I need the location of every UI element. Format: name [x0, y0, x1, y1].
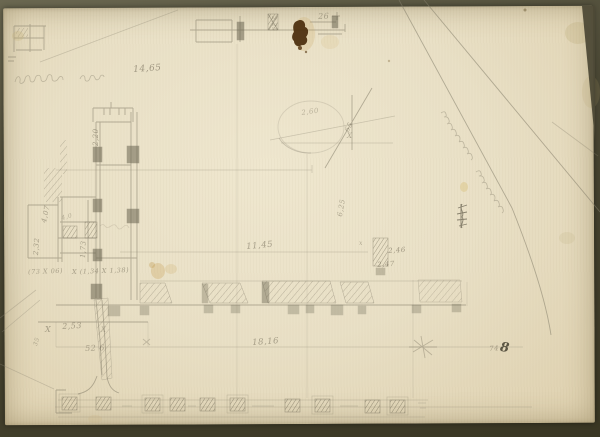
- dim-label-6-25: 6,25: [337, 199, 347, 218]
- mark-x-pier: x: [359, 241, 363, 247]
- dim-label-74: 74: [489, 345, 499, 353]
- mark-x-wall-left: X: [45, 326, 51, 334]
- dim-label-18-16: 18,16: [252, 337, 279, 347]
- dim-label-4-0: 4,0: [61, 213, 73, 222]
- dim-label-35: 35: [33, 337, 41, 347]
- dim-label-26: 26: [318, 13, 329, 21]
- dim-label-73x06: (73 X 06): [28, 268, 63, 276]
- dim-label-2-60: 2,60: [301, 108, 319, 117]
- dim-label-52-6: 52 6: [85, 344, 105, 353]
- num-8-bold: 8: [499, 341, 510, 355]
- mark-x-circle: X: [347, 133, 352, 140]
- dimension-labels: 14,65 26 2,25 2,20 4,07 4,0 2,32 1,73 (7…: [0, 0, 600, 437]
- dim-label-2-46: 2,46: [388, 247, 406, 255]
- dim-label-2-32: 2,32: [33, 237, 41, 255]
- dim-label-heading: 14,65: [133, 64, 162, 75]
- dim-label-2-47: 2,47: [377, 261, 395, 269]
- scanned-drawing: 14,65 26 2,25 2,20 4,07 4,0 2,32 1,73 (7…: [0, 0, 600, 437]
- dim-label-2-53: 2,53: [62, 322, 82, 331]
- dim-label-1-73: 1,73: [80, 240, 88, 258]
- dim-label-2-20: 2,20: [93, 128, 100, 146]
- dim-label-1-34x1-38: X (1,34 X 1,38): [72, 267, 129, 275]
- dim-label-11-45: 11,45: [246, 241, 273, 252]
- dim-label-2-25: 2,25: [270, 16, 277, 32]
- dim-label-4-07: 4,07: [41, 205, 52, 224]
- mark-x-wall-right: X: [101, 327, 106, 334]
